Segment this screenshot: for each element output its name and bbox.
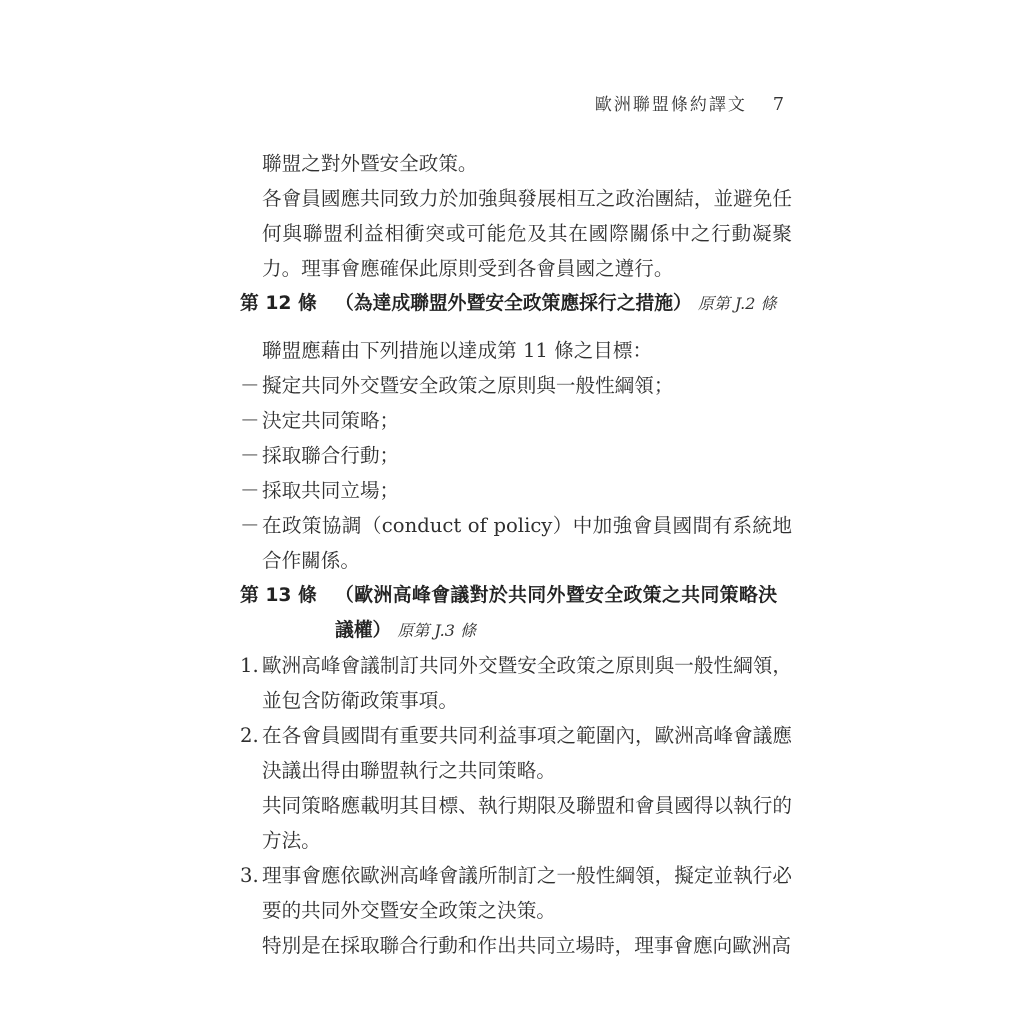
clause-item: 3. 理事會應依歐洲高峰會議所制訂之一般性綱領，擬定並執行必要的共同外交暨安全政… bbox=[240, 858, 792, 963]
article-12-title-wrap: （為達成聯盟外暨安全政策應採行之措施）原第 J.2 條 bbox=[335, 286, 800, 321]
measures-list: － 擬定共同外交暨安全政策之原則與一般性綱領； － 決定共同策略； － 採取聯合… bbox=[240, 368, 792, 578]
article-12-number: 第 12 條 bbox=[240, 286, 335, 321]
measure-text: 決定共同策略； bbox=[262, 403, 792, 438]
article-13-heading: 第 13 條 （歐洲高峰會議對於共同外暨安全政策之共同策略決議權）原第 J.3 … bbox=[240, 578, 800, 648]
dash-marker: － bbox=[240, 438, 262, 473]
article-12-heading: 第 12 條 （為達成聯盟外暨安全政策應採行之措施）原第 J.2 條 bbox=[240, 286, 800, 321]
list-item: － 採取聯合行動； bbox=[240, 438, 792, 473]
dash-marker: － bbox=[240, 473, 262, 508]
book-page: 歐洲聯盟條約譯文 7 聯盟之對外暨安全政策。 各會員國應共同致力於加強與發展相互… bbox=[0, 0, 1024, 1024]
article-12-lead: 聯盟應藉由下列措施以達成第 11 條之目標： bbox=[240, 333, 792, 368]
clause-subparagraph: 特別是在採取聯合行動和作出共同立場時，理事會應向歐洲高 bbox=[262, 928, 792, 963]
clause-text: 在各會員國間有重要共同利益事項之範圍內，歐洲高峰會議應決議出得由聯盟執行之共同策… bbox=[262, 718, 792, 788]
page-content: 聯盟之對外暨安全政策。 各會員國應共同致力於加強與發展相互之政治團結，並避免任何… bbox=[240, 146, 792, 963]
clause-item: 2. 在各會員國間有重要共同利益事項之範圍內，歐洲高峰會議應決議出得由聯盟執行之… bbox=[240, 718, 792, 858]
measure-text: 採取聯合行動； bbox=[262, 438, 792, 473]
article-13-title-wrap: （歐洲高峰會議對於共同外暨安全政策之共同策略決議權）原第 J.3 條 bbox=[335, 578, 777, 648]
article-12-origin-note: 原第 J.2 條 bbox=[698, 294, 777, 313]
running-header-title: 歐洲聯盟條約譯文 bbox=[595, 90, 747, 115]
measure-text: 擬定共同外交暨安全政策之原則與一般性綱領； bbox=[262, 368, 792, 403]
list-item: － 決定共同策略； bbox=[240, 403, 792, 438]
clause-body: 在各會員國間有重要共同利益事項之範圍內，歐洲高峰會議應決議出得由聯盟執行之共同策… bbox=[262, 718, 792, 858]
paragraph-member-states: 各會員國應共同致力於加強與發展相互之政治團結，並避免任何與聯盟利益相衝突或可能危… bbox=[240, 181, 792, 286]
article-12-title: （為達成聯盟外暨安全政策應採行之措施） bbox=[335, 293, 692, 314]
dash-marker: － bbox=[240, 368, 262, 403]
article-13-origin-note: 原第 J.3 條 bbox=[397, 621, 476, 640]
clause-text: 歐洲高峰會議制訂共同外交暨安全政策之原則與一般性綱領，並包含防衛政策事項。 bbox=[262, 648, 792, 718]
page-number: 7 bbox=[773, 95, 784, 115]
clause-number: 1. bbox=[240, 648, 262, 718]
clause-number: 3. bbox=[240, 858, 262, 963]
list-item: － 在政策協調（conduct of policy）中加強會員國間有系統地合作關… bbox=[240, 508, 792, 578]
list-item: － 採取共同立場； bbox=[240, 473, 792, 508]
clause-item: 1. 歐洲高峰會議制訂共同外交暨安全政策之原則與一般性綱領，並包含防衛政策事項。 bbox=[240, 648, 792, 718]
list-item: － 擬定共同外交暨安全政策之原則與一般性綱領； bbox=[240, 368, 792, 403]
clause-body: 理事會應依歐洲高峰會議所制訂之一般性綱領，擬定並執行必要的共同外交暨安全政策之決… bbox=[262, 858, 792, 963]
measure-text: 採取共同立場； bbox=[262, 473, 792, 508]
clause-body: 歐洲高峰會議制訂共同外交暨安全政策之原則與一般性綱領，並包含防衛政策事項。 bbox=[262, 648, 792, 718]
clause-text: 理事會應依歐洲高峰會議所制訂之一般性綱領，擬定並執行必要的共同外交暨安全政策之決… bbox=[262, 858, 792, 928]
running-header: 歐洲聯盟條約譯文 7 bbox=[595, 90, 784, 115]
clause-subparagraph: 共同策略應載明其目標、執行期限及聯盟和會員國得以執行的方法。 bbox=[262, 788, 792, 858]
dash-marker: － bbox=[240, 508, 262, 578]
dash-marker: － bbox=[240, 403, 262, 438]
intro-paragraph: 聯盟之對外暨安全政策。 bbox=[240, 146, 792, 181]
article-13-number: 第 13 條 bbox=[240, 578, 335, 648]
measure-text: 在政策協調（conduct of policy）中加強會員國間有系統地合作關係。 bbox=[262, 508, 792, 578]
clause-number: 2. bbox=[240, 718, 262, 858]
clauses-list: 1. 歐洲高峰會議制訂共同外交暨安全政策之原則與一般性綱領，並包含防衛政策事項。… bbox=[240, 648, 792, 963]
